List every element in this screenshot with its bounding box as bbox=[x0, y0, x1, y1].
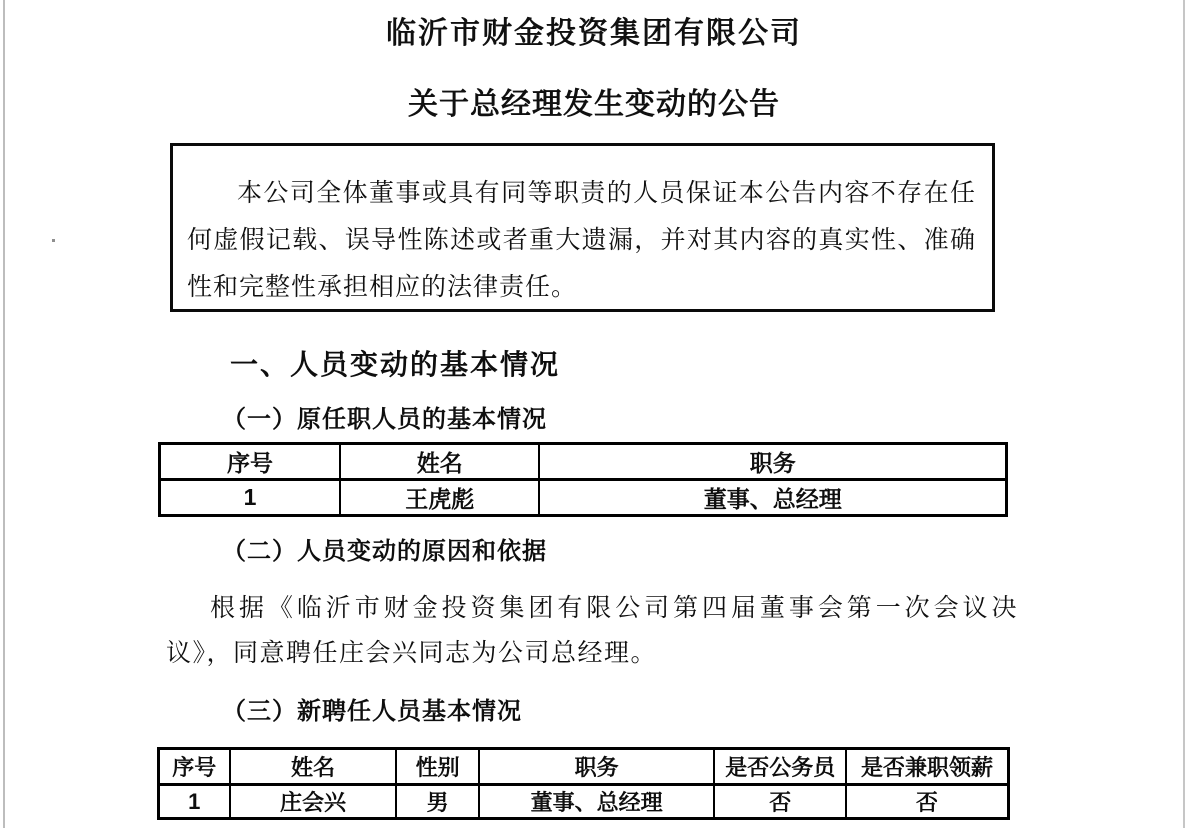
column-header: 性别 bbox=[396, 749, 478, 785]
subsection-2-heading: （二）人员变动的原因和依据 bbox=[222, 531, 547, 566]
table-cell: 董事、总经理 bbox=[539, 480, 1006, 516]
scan-speck bbox=[52, 239, 55, 242]
disclaimer-text: 本公司全体董事或具有同等职责的人员保证本公告内容不存在任何虚假记载、误导性陈述或… bbox=[187, 180, 976, 301]
scan-edge-right bbox=[1183, 0, 1185, 828]
scan-edge-left bbox=[3, 0, 5, 828]
announcement-document-page: 临沂市财金投资集团有限公司 关于总经理发生变动的公告 本公司全体董事或具有同等职… bbox=[0, 0, 1188, 828]
change-reason-paragraph: 根据《临沂市财金投资集团有限公司第四届董事会第一次会议决议》，同意聘任庄会兴同志… bbox=[166, 586, 1018, 676]
table-row: 1庄会兴男董事、总经理否否 bbox=[159, 785, 1009, 819]
column-header: 姓名 bbox=[340, 444, 539, 480]
table-cell: 1 bbox=[159, 785, 230, 819]
announcement-subtitle: 关于总经理发生变动的公告 bbox=[0, 79, 1188, 123]
column-header: 是否兼职领薪 bbox=[846, 749, 1008, 785]
table-cell: 1 bbox=[160, 480, 341, 516]
company-title: 临沂市财金投资集团有限公司 bbox=[0, 8, 1188, 52]
table-cell: 否 bbox=[714, 785, 846, 819]
column-header: 是否公务员 bbox=[714, 749, 846, 785]
table-cell: 否 bbox=[846, 785, 1008, 819]
table-row: 1王虎彪董事、总经理 bbox=[160, 480, 1007, 516]
former-personnel-table: 序号姓名职务1王虎彪董事、总经理 bbox=[158, 442, 1008, 517]
table-header-row: 序号姓名职务 bbox=[160, 444, 1007, 480]
disclaimer-box: 本公司全体董事或具有同等职责的人员保证本公告内容不存在任何虚假记载、误导性陈述或… bbox=[170, 143, 995, 312]
table-cell: 男 bbox=[396, 785, 478, 819]
column-header: 姓名 bbox=[230, 749, 397, 785]
table-cell: 王虎彪 bbox=[340, 480, 539, 516]
column-header: 序号 bbox=[159, 749, 230, 785]
subsection-1-heading: （一）原任职人员的基本情况 bbox=[222, 399, 547, 434]
column-header: 职务 bbox=[539, 444, 1006, 480]
column-header: 职务 bbox=[479, 749, 715, 785]
column-header: 序号 bbox=[160, 444, 341, 480]
table-cell: 庄会兴 bbox=[230, 785, 397, 819]
table-cell: 董事、总经理 bbox=[479, 785, 715, 819]
section-1-heading: 一、人员变动的基本情况 bbox=[230, 343, 560, 383]
subsection-3-heading: （三）新聘任人员基本情况 bbox=[222, 691, 522, 726]
table-header-row: 序号姓名性别职务是否公务员是否兼职领薪 bbox=[159, 749, 1009, 785]
new-personnel-table: 序号姓名性别职务是否公务员是否兼职领薪1庄会兴男董事、总经理否否 bbox=[157, 747, 1010, 820]
